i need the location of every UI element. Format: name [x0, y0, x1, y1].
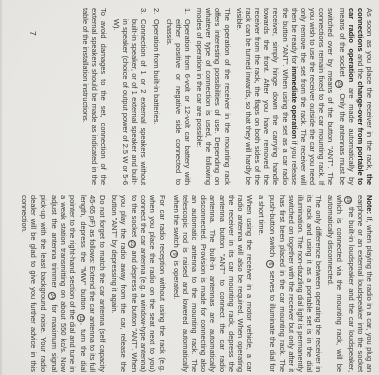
list-item: 3.Connection of 1 or 2 external speakers…: [112, 8, 149, 185]
text-segment: Operation from 6-volt or 12-volt car bat…: [165, 19, 192, 185]
text-segment: If, when playing the radio in a car, you…: [356, 195, 374, 372]
circled-number: 11: [77, 314, 85, 322]
text-segment: When using the receiver in a motor vehic…: [172, 195, 254, 372]
circled-number: 22: [128, 240, 136, 248]
text-segment: if you release the button "ANT". When us…: [235, 8, 299, 185]
text-segment: As soon as you place the receiver in the…: [365, 8, 374, 174]
paragraph: To avoid damages to the set, connection …: [81, 8, 108, 185]
text-column-left: As soon as you place the receiver in the…: [17, 8, 374, 185]
text-segment: The operation of the receiver in the mou…: [195, 8, 231, 185]
paragraph: When using the receiver in a motor vehic…: [170, 195, 254, 372]
text-segment: and the: [356, 52, 365, 82]
rotated-page-content: As soon as you place the receiver in the…: [0, 0, 379, 375]
paragraph: The only difference between operating th…: [257, 195, 323, 372]
text-column-right: Note: If, when playing the radio in a ca…: [17, 195, 374, 372]
text-segment: To avoid damages to the set, connection …: [81, 8, 108, 185]
paragraph: Do not forget to match the car antenna (…: [20, 195, 106, 372]
list-marker: 1.: [183, 8, 192, 14]
circled-number: 19: [345, 196, 353, 204]
circled-number: 9: [170, 250, 178, 258]
paragraph: The operation of the receiver in the mou…: [195, 8, 232, 185]
circled-number: 29: [335, 80, 343, 88]
text-columns: As soon as you place the receiver in the…: [17, 8, 374, 372]
paragraph: For car radio reception without using th…: [110, 195, 167, 372]
text-segment: Note:: [365, 195, 374, 214]
text-segment: is operated.: [172, 259, 181, 300]
scanned-page: As soon as you place the receiver in the…: [0, 0, 379, 375]
paragraph: As soon as you place the receiver in the…: [235, 8, 374, 185]
circled-number: 6: [266, 260, 274, 268]
text-segment: the built-in loudspeaker and the car lou…: [326, 195, 355, 372]
text-segment: Operation from built-in batteries.: [152, 19, 161, 124]
list-marker: 2.: [152, 8, 161, 14]
circled-number: 24: [48, 292, 56, 300]
list-item: 2.Operation from built-in batteries.: [152, 8, 161, 185]
paragraph: Note: If, when playing the radio in a ca…: [326, 195, 374, 372]
list-marker: 3.: [139, 8, 148, 14]
text-segment: immediate operation: [290, 66, 299, 139]
text-segment: Connection of 1 or 2 external speakers w…: [112, 19, 148, 185]
list-item: 1.Operation from 6-volt or 12-volt car b…: [165, 8, 192, 185]
page-number: 7: [28, 31, 37, 36]
